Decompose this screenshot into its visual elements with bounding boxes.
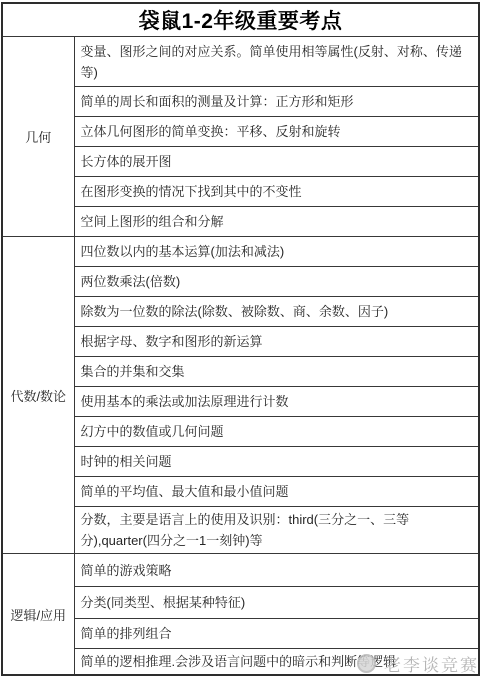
topic-cell: 长方体的展开图 xyxy=(74,147,479,177)
table-row: 逻辑/应用简单的游戏策略 xyxy=(2,554,479,587)
topic-cell: 分数，主要是语言上的使用及识别：third(三分之一、三等分),quarter(… xyxy=(74,507,479,554)
topic-cell: 简单的周长和面积的测量及计算：正方形和矩形 xyxy=(74,87,479,117)
title-row: 袋鼠1-2年级重要考点 xyxy=(2,3,479,37)
topic-cell: 根据字母、数字和图形的新运算 xyxy=(74,327,479,357)
topic-cell: 简单的排列组合 xyxy=(74,619,479,649)
table-row: 简单的周长和面积的测量及计算：正方形和矩形 xyxy=(2,87,479,117)
category-cell: 代数/数论 xyxy=(2,237,74,554)
table-row: 空间上图形的组合和分解 xyxy=(2,207,479,237)
topic-cell: 简单的游戏策略 xyxy=(74,554,479,587)
topic-cell: 除数为一位数的除法(除数、被除数、商、余数、因子) xyxy=(74,297,479,327)
table-row: 时钟的相关问题 xyxy=(2,447,479,477)
topic-cell: 时钟的相关问题 xyxy=(74,447,479,477)
topic-cell: 使用基本的乘法或加法原理进行计数 xyxy=(74,387,479,417)
exam-topics-table: 袋鼠1-2年级重要考点 几何变量、图形之间的对应关系。简单使用相等属性(反射、对… xyxy=(1,2,480,676)
table-row: 分数，主要是语言上的使用及识别：third(三分之一、三等分),quarter(… xyxy=(2,507,479,554)
table-row: 幻方中的数值或几何问题 xyxy=(2,417,479,447)
topic-cell: 集合的并集和交集 xyxy=(74,357,479,387)
table-row: 简单的排列组合 xyxy=(2,619,479,649)
topic-cell: 在图形变换的情况下找到其中的不变性 xyxy=(74,177,479,207)
table-row: 几何变量、图形之间的对应关系。简单使用相等属性(反射、对称、传递等) xyxy=(2,37,479,87)
table-row: 分类(同类型、根据某种特征) xyxy=(2,587,479,619)
category-cell: 几何 xyxy=(2,37,74,237)
topic-cell: 简单的平均值、最大值和最小值问题 xyxy=(74,477,479,507)
topics-table-body: 几何变量、图形之间的对应关系。简单使用相等属性(反射、对称、传递等)简单的周长和… xyxy=(2,37,479,676)
topic-cell: 变量、图形之间的对应关系。简单使用相等属性(反射、对称、传递等) xyxy=(74,37,479,87)
topic-cell: 幻方中的数值或几何问题 xyxy=(74,417,479,447)
category-cell: 逻辑/应用 xyxy=(2,554,74,676)
table-row: 使用基本的乘法或加法原理进行计数 xyxy=(2,387,479,417)
topic-cell: 空间上图形的组合和分解 xyxy=(74,207,479,237)
topic-cell: 分类(同类型、根据某种特征) xyxy=(74,587,479,619)
topic-cell: 四位数以内的基本运算(加法和减法) xyxy=(74,237,479,267)
page: 袋鼠1-2年级重要考点 几何变量、图形之间的对应关系。简单使用相等属性(反射、对… xyxy=(0,2,481,681)
table-row: 根据字母、数字和图形的新运算 xyxy=(2,327,479,357)
table-row: 长方体的展开图 xyxy=(2,147,479,177)
table-row: 在图形变换的情况下找到其中的不变性 xyxy=(2,177,479,207)
topic-cell: 两位数乘法(倍数) xyxy=(74,267,479,297)
table-row: 简单的平均值、最大值和最小值问题 xyxy=(2,477,479,507)
table-row: 除数为一位数的除法(除数、被除数、商、余数、因子) xyxy=(2,297,479,327)
page-title: 袋鼠1-2年级重要考点 xyxy=(2,3,479,37)
table-row: 集合的并集和交集 xyxy=(2,357,479,387)
table-row: 简单的逻相推理.会涉及语言问题中的暗示和判断等逻辑 xyxy=(2,649,479,676)
topic-cell: 简单的逻相推理.会涉及语言问题中的暗示和判断等逻辑 xyxy=(74,649,479,676)
table-row: 代数/数论四位数以内的基本运算(加法和减法) xyxy=(2,237,479,267)
table-row: 立体几何图形的简单变换：平移、反射和旋转 xyxy=(2,117,479,147)
topic-cell: 立体几何图形的简单变换：平移、反射和旋转 xyxy=(74,117,479,147)
table-row: 两位数乘法(倍数) xyxy=(2,267,479,297)
